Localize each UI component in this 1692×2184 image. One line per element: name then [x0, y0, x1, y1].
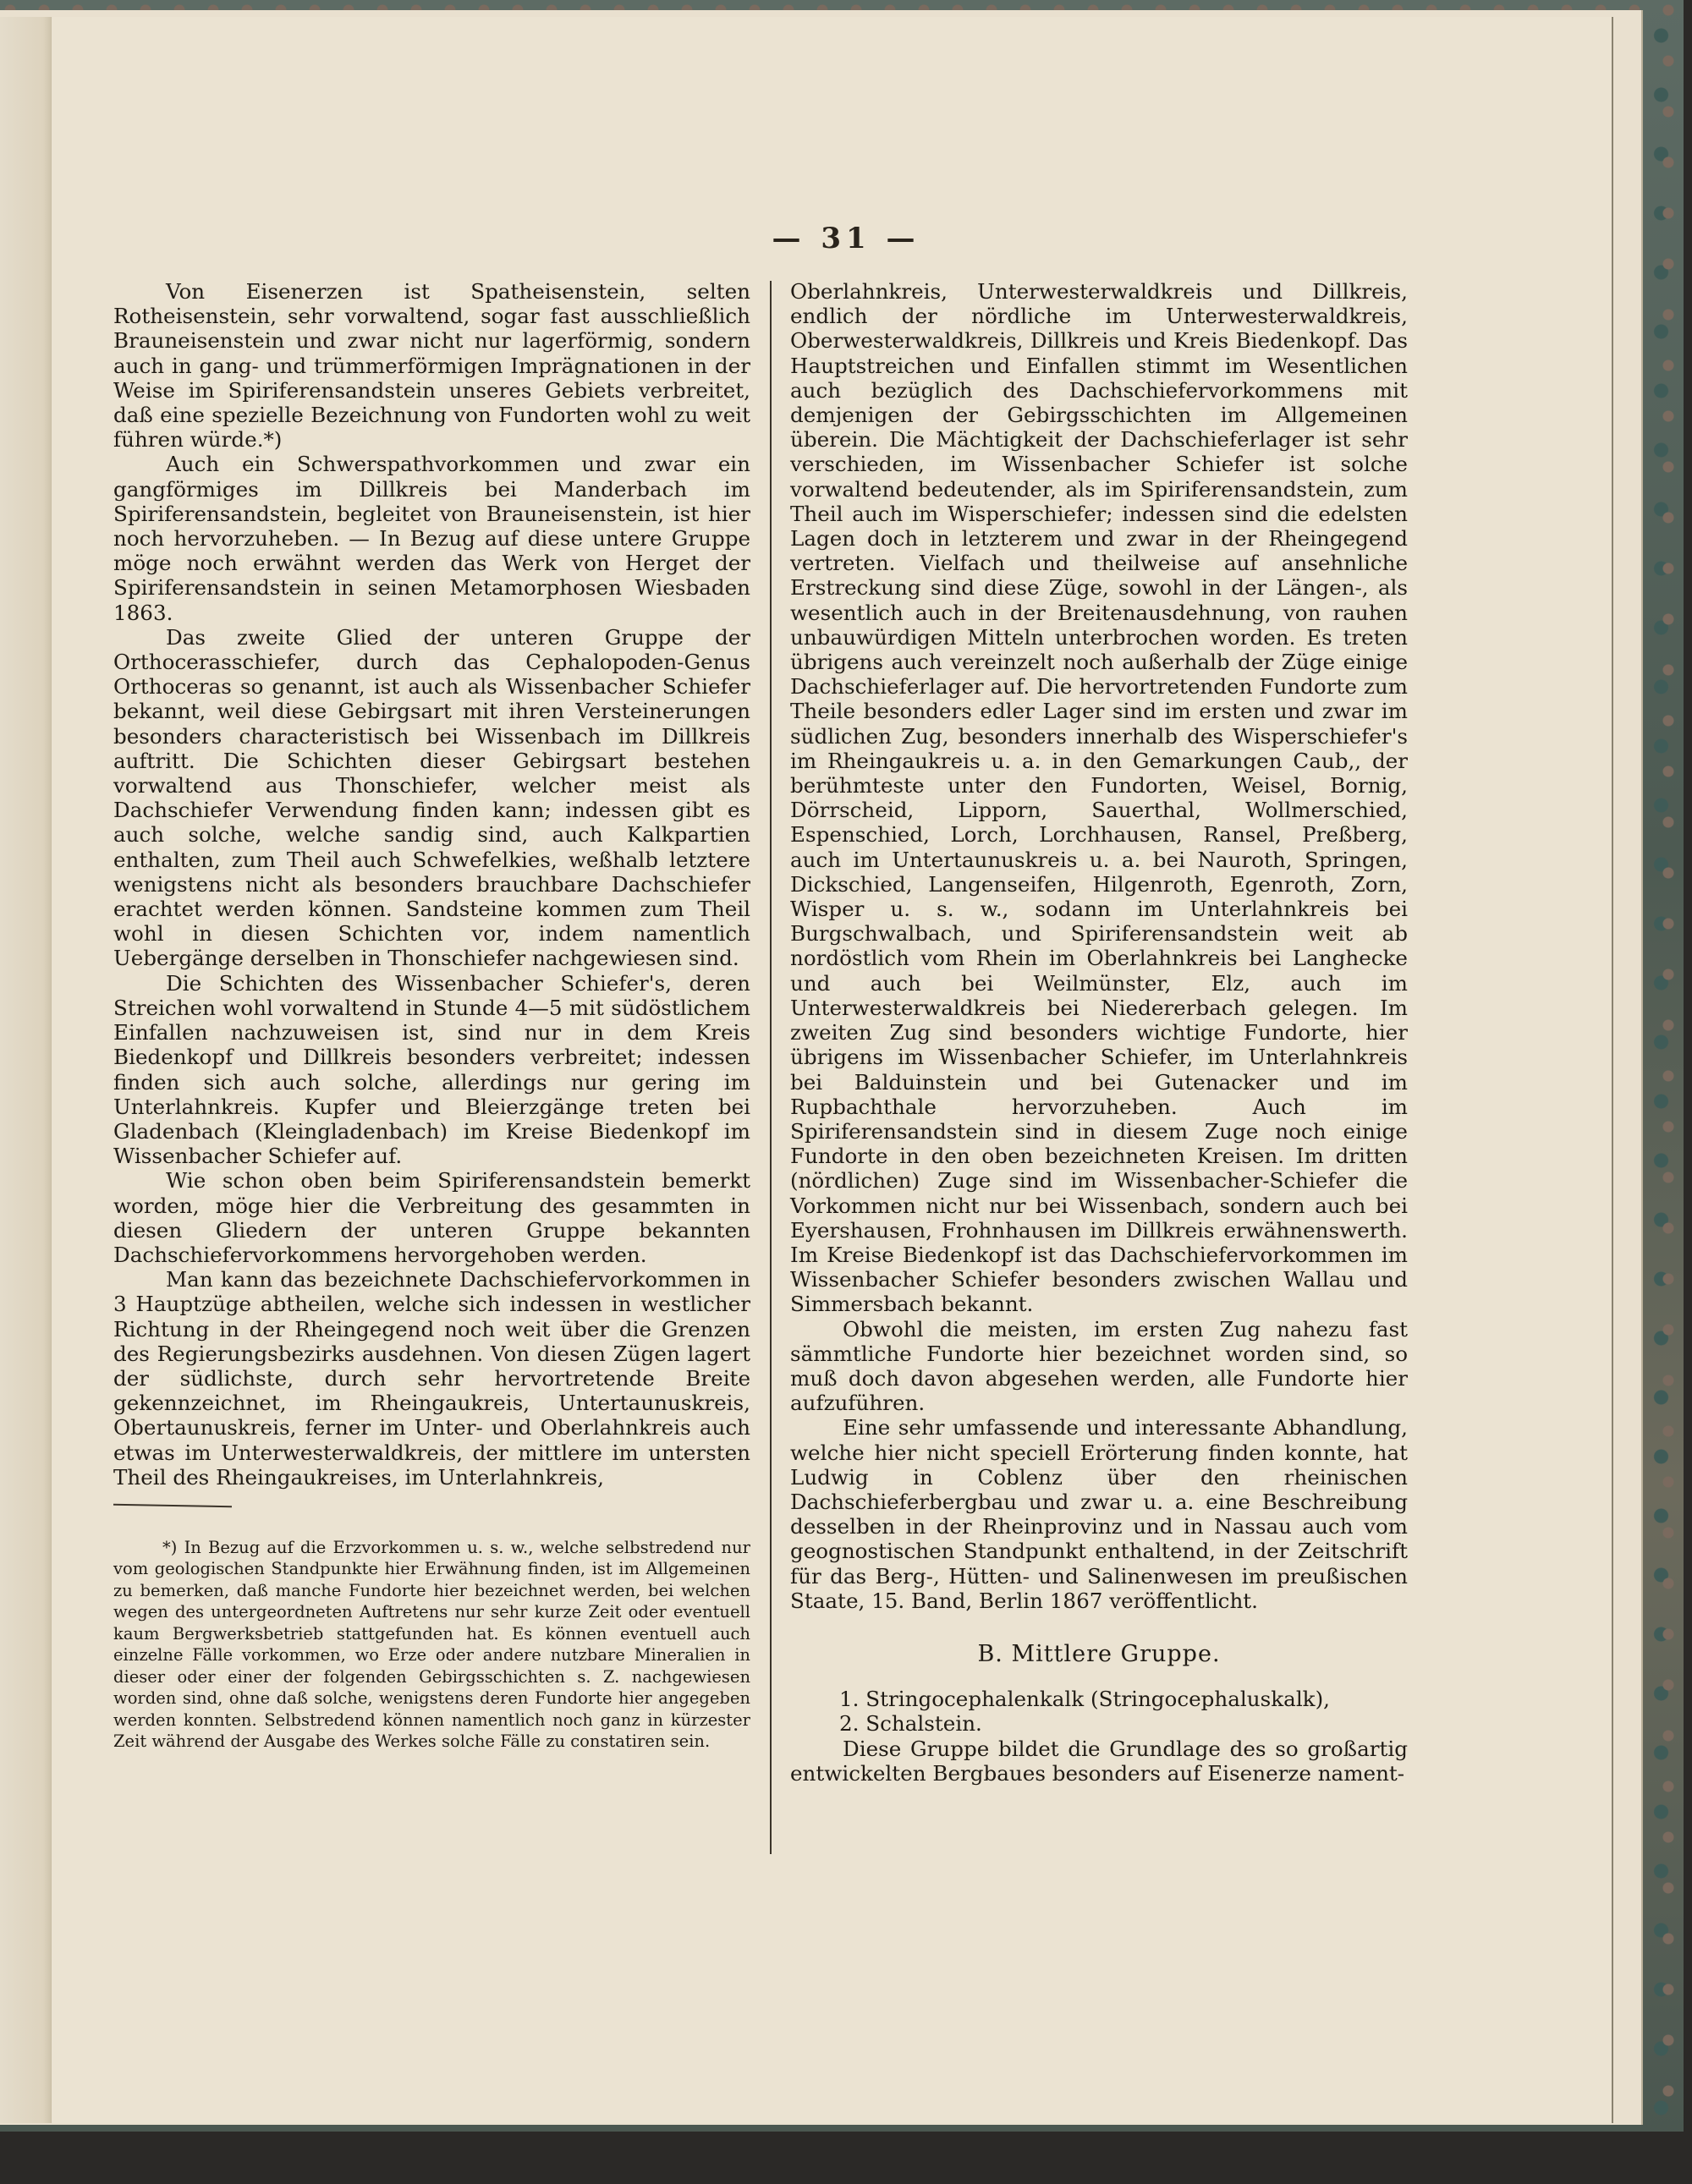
paragraph: Wie schon oben beim Spiriferensandstein …: [113, 1168, 750, 1267]
list-item: 2. Schalstein.: [790, 1711, 1408, 1736]
paragraph: Man kann das bezeichnete Dachschiefervor…: [113, 1267, 750, 1490]
paragraph: Obwohl die meisten, im ersten Zug nahezu…: [790, 1317, 1408, 1416]
paragraph: Das zweite Glied der unteren Gruppe der …: [113, 625, 750, 971]
paragraph: Eine sehr umfassende und interessante Ab…: [790, 1415, 1408, 1613]
page-number: — 31 —: [0, 222, 1692, 255]
paragraph: Auch ein Schwerspathvorkommen und zwar e…: [113, 452, 750, 624]
left-column: Von Eisenerzen ist Spatheisenstein, selt…: [113, 279, 750, 1753]
page-gutter: [0, 17, 52, 2123]
footnote: *) In Bezug auf die Erzvorkommen u. s. w…: [113, 1537, 750, 1753]
footnote-rule: [113, 1504, 232, 1507]
paragraph: Diese Gruppe bildet die Grundlage des so…: [790, 1737, 1408, 1786]
right-column: Oberlahnkreis, Unterwesterwaldkreis und …: [790, 279, 1408, 1786]
section-heading: B. Mittlere Gruppe.: [790, 1642, 1408, 1666]
column-divider: [770, 281, 772, 1854]
paragraph: Die Schichten des Wissenbacher Schiefer'…: [113, 971, 750, 1169]
paragraph: Oberlahnkreis, Unterwesterwaldkreis und …: [790, 279, 1408, 1317]
list-item: 1. Stringocephalenkalk (Stringocephalusk…: [790, 1687, 1408, 1711]
paragraph: Von Eisenerzen ist Spatheisenstein, selt…: [113, 279, 750, 452]
